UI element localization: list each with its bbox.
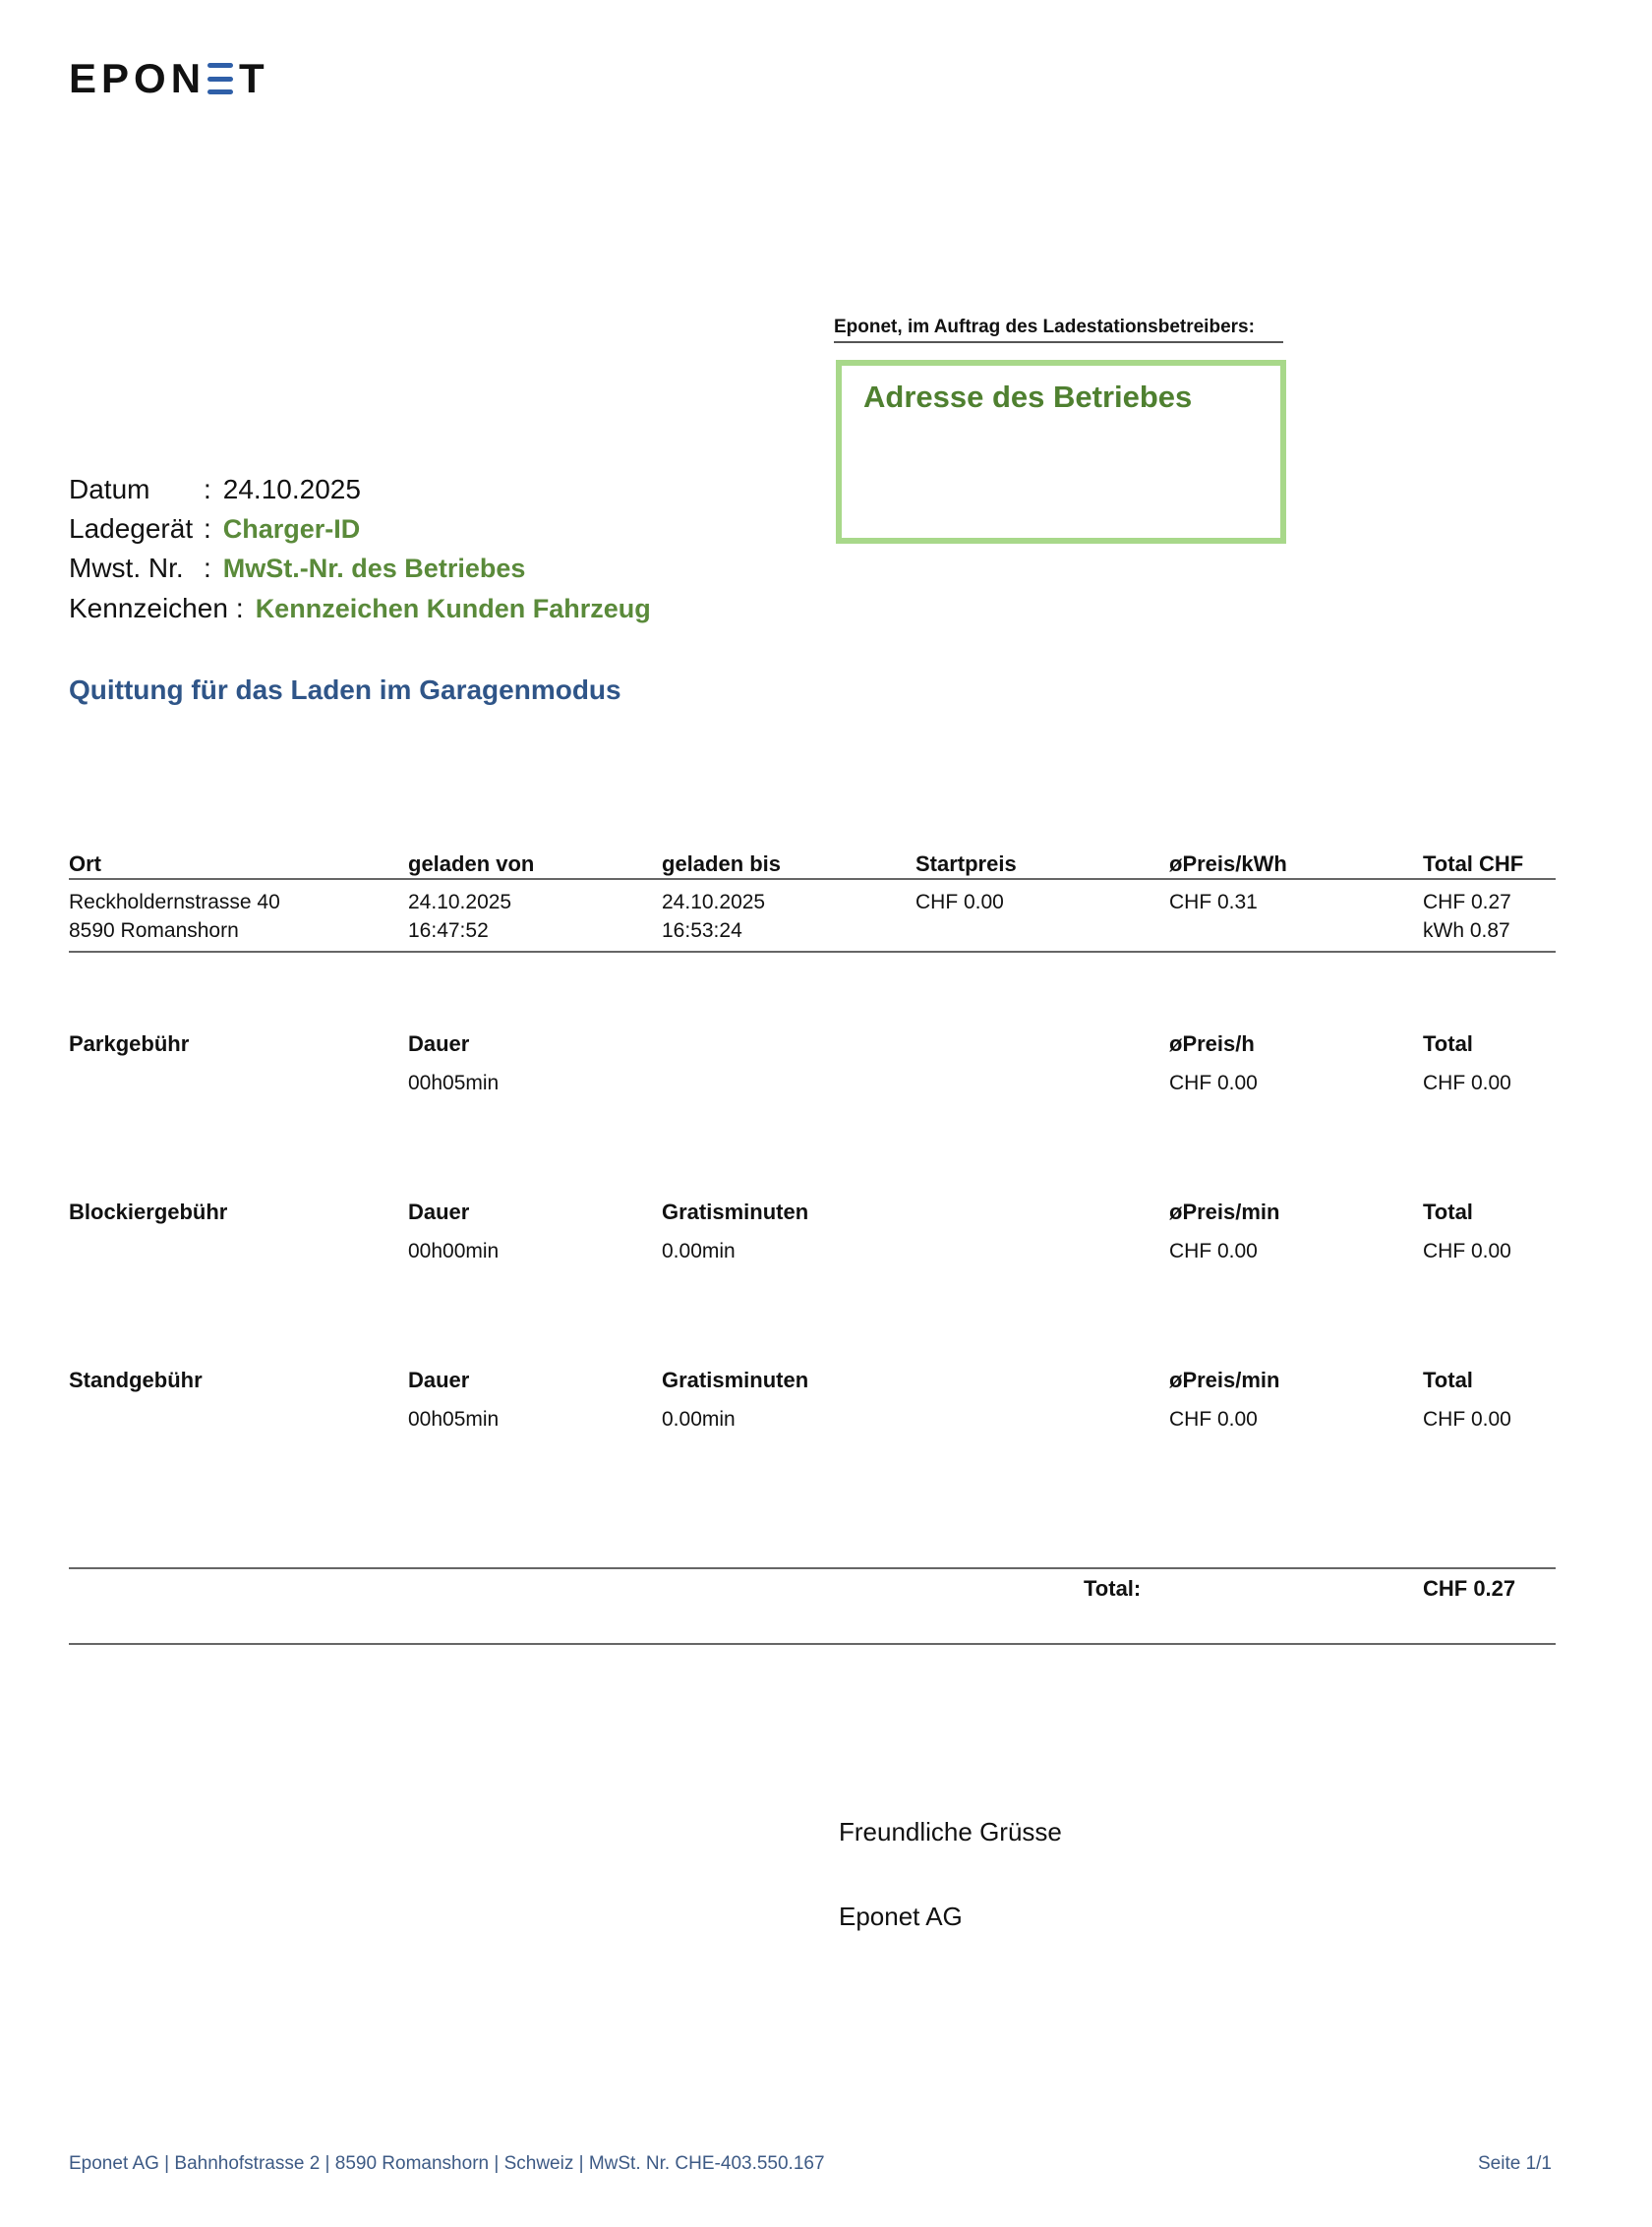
table-bottom-divider (69, 951, 1556, 953)
standing-value-dauer: 00h05min (408, 1406, 499, 1434)
parking-value-total: CHF 0.00 (1423, 1070, 1511, 1097)
meta-row-datum: Datum : 24.10.2025 (69, 470, 651, 509)
parking-header-dauer: Dauer (408, 1031, 469, 1057)
blocking-header-total: Total (1423, 1200, 1473, 1225)
meta-label: Ladegerät (69, 509, 204, 549)
col-header-preis-kwh: øPreis/kWh (1169, 851, 1287, 877)
standing-value-gratis: 0.00min (662, 1406, 736, 1434)
meta-label: Mwst. Nr. (69, 549, 204, 588)
operator-address-box: Adresse des Betriebes (836, 360, 1286, 544)
blocking-value-preis: CHF 0.00 (1169, 1238, 1258, 1265)
meta-row-vat: Mwst. Nr. : MwSt.-Nr. des Betriebes (69, 549, 651, 589)
triple-bar-e-icon (207, 63, 233, 94)
col-header-ort: Ort (69, 851, 101, 877)
cell-von-date: 24.10.2025 (408, 889, 511, 916)
parking-value-preis: CHF 0.00 (1169, 1070, 1258, 1097)
total-top-divider (69, 1567, 1556, 1569)
cell-von-time: 16:47:52 (408, 917, 489, 945)
cell-ort-city: 8590 Romanshorn (69, 917, 239, 945)
col-header-bis: geladen bis (662, 851, 781, 877)
logo-text-start: EPON (69, 59, 206, 98)
table-header-divider (69, 878, 1556, 880)
blocking-header-dauer: Dauer (408, 1200, 469, 1225)
parking-value-dauer: 00h05min (408, 1070, 499, 1097)
eponet-logo: EPON T (69, 59, 269, 98)
standing-header-gratis: Gratisminuten (662, 1368, 808, 1393)
cell-bis-time: 16:53:24 (662, 917, 742, 945)
total-bottom-divider (69, 1643, 1556, 1645)
meta-value-date: 24.10.2025 (223, 470, 361, 509)
cell-total-kwh: kWh 0.87 (1423, 917, 1510, 945)
parking-title: Parkgebühr (69, 1031, 189, 1057)
meta-label: Kennzeichen (69, 589, 228, 628)
receipt-meta: Datum : 24.10.2025 Ladegerät : Charger-I… (69, 470, 651, 628)
meta-colon: : (204, 470, 211, 509)
meta-value-charger-id: Charger-ID (223, 510, 361, 550)
grand-total-value: CHF 0.27 (1423, 1576, 1515, 1602)
standing-header-preis: øPreis/min (1169, 1368, 1279, 1393)
footer-address: Eponet AG | Bahnhofstrasse 2 | 8590 Roma… (69, 2153, 825, 2175)
parking-header-preis: øPreis/h (1169, 1031, 1255, 1057)
meta-row-charger: Ladegerät : Charger-ID (69, 509, 651, 550)
standing-header-total: Total (1423, 1368, 1473, 1393)
meta-colon: : (236, 589, 244, 628)
footer-page-number: Seite 1/1 (1478, 2153, 1552, 2175)
standing-header-dauer: Dauer (408, 1368, 469, 1393)
standing-value-preis: CHF 0.00 (1169, 1406, 1258, 1434)
blocking-value-total: CHF 0.00 (1423, 1238, 1511, 1265)
meta-label: Datum (69, 470, 204, 509)
cell-total-chf: CHF 0.27 (1423, 889, 1511, 916)
operator-header: Eponet, im Auftrag des Ladestationsbetre… (834, 317, 1283, 343)
col-header-von: geladen von (408, 851, 534, 877)
grand-total-label: Total: (1084, 1576, 1141, 1602)
standing-title: Standgebühr (69, 1368, 203, 1393)
blocking-header-gratis: Gratisminuten (662, 1200, 808, 1225)
blocking-value-gratis: 0.00min (662, 1238, 736, 1265)
operator-address-placeholder: Adresse des Betriebes (863, 380, 1192, 415)
col-header-total: Total CHF (1423, 851, 1523, 877)
parking-header-total: Total (1423, 1031, 1473, 1057)
cell-bis-date: 24.10.2025 (662, 889, 765, 916)
closing-signature: Eponet AG (839, 1902, 963, 1932)
cell-ort-street: Reckholdernstrasse 40 (69, 889, 280, 916)
col-header-startpreis: Startpreis (915, 851, 1017, 877)
meta-colon: : (204, 509, 211, 549)
meta-value-vat: MwSt.-Nr. des Betriebes (223, 550, 526, 589)
cell-preis-kwh: CHF 0.31 (1169, 889, 1258, 916)
meta-row-plate: Kennzeichen : Kennzeichen Kunden Fahrzeu… (69, 589, 651, 629)
meta-colon: : (204, 549, 211, 588)
logo-text-end: T (239, 59, 269, 98)
blocking-title: Blockiergebühr (69, 1200, 227, 1225)
meta-value-plate: Kennzeichen Kunden Fahrzeug (256, 590, 651, 629)
standing-value-total: CHF 0.00 (1423, 1406, 1511, 1434)
closing-greeting: Freundliche Grüsse (839, 1817, 1062, 1847)
page-title: Quittung für das Laden im Garagenmodus (69, 674, 621, 706)
blocking-header-preis: øPreis/min (1169, 1200, 1279, 1225)
blocking-value-dauer: 00h00min (408, 1238, 499, 1265)
cell-startpreis: CHF 0.00 (915, 889, 1004, 916)
